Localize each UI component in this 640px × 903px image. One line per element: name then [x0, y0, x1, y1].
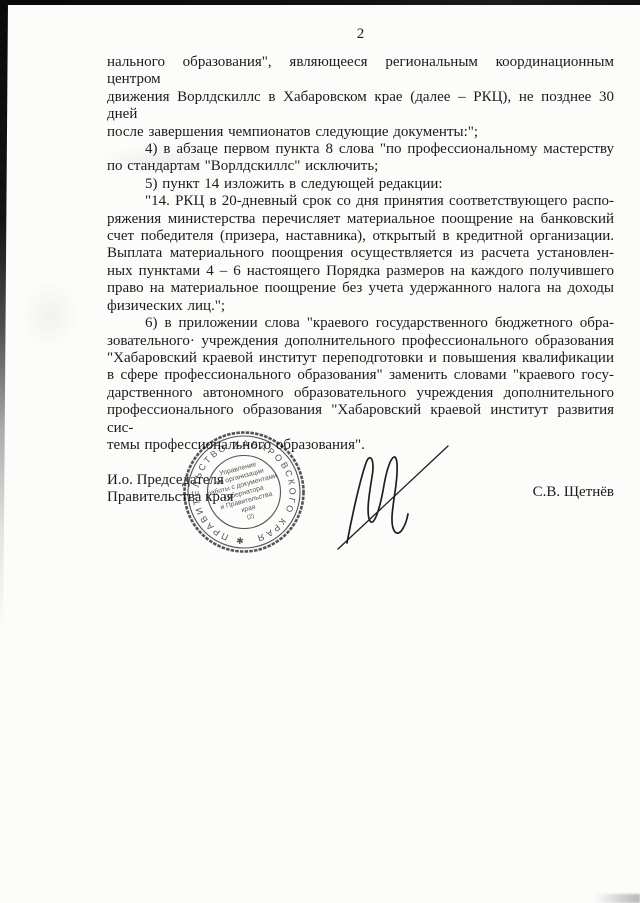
signer-position-line1: И.о. Председателя [107, 472, 234, 489]
text-line: "14. РКЦ в 20-дневный срок со дня принят… [107, 193, 614, 210]
text-line: ных пунктами 4 – 6 настоящего Порядка ра… [107, 263, 614, 280]
scan-smudge [20, 280, 80, 350]
text-line: право на материальное поощрение без учет… [107, 280, 614, 297]
scanned-document-page: 2 нального образования", являющееся реги… [0, 0, 640, 903]
document-body: нального образования", являющееся регион… [107, 54, 614, 454]
text-line: ряжения министерства перечисляет материа… [107, 211, 614, 228]
text-line: "Хабаровский краевой институт переподгот… [107, 350, 614, 367]
scan-smudge [594, 894, 640, 903]
text-line: счет победителя (призера, наставника), о… [107, 228, 614, 245]
text-line: Выплата материального поощрения осуществ… [107, 245, 614, 262]
scan-edge-left [0, 0, 8, 630]
text-line: нального образования", являющееся регион… [107, 54, 614, 89]
text-line: физических лиц."; [107, 298, 614, 315]
text-line: после завершения чемпионатов следующие д… [107, 124, 614, 141]
text-line: 4) в абзаце первом пункта 8 слова "по пр… [107, 141, 614, 158]
text-line: 5) пункт 14 изложить в следующей редакци… [107, 176, 614, 193]
scan-edge-top [0, 0, 640, 5]
text-line: зовательного· учреждения дополнительного… [107, 333, 614, 350]
text-line: по стандартам "Ворлдскиллс" исключить; [107, 158, 614, 175]
text-line: 6) в приложении слова "краевого государс… [107, 315, 614, 332]
page-number: 2 [107, 26, 614, 43]
signer-position-line2: Правительства края [107, 489, 234, 506]
signature-icon [332, 430, 454, 556]
text-line: в сфере профессионального образования" з… [107, 367, 614, 384]
text-line: движения Ворлдскиллс в Хабаровском крае … [107, 89, 614, 124]
signer-position: И.о. Председателя Правительства края [107, 472, 234, 506]
signer-name: С.В. Щетнёв [450, 484, 614, 501]
text-line: дарственного автономного образовательног… [107, 385, 614, 402]
handwritten-signature [332, 430, 454, 556]
stamp-center-line: (2) [246, 513, 255, 521]
